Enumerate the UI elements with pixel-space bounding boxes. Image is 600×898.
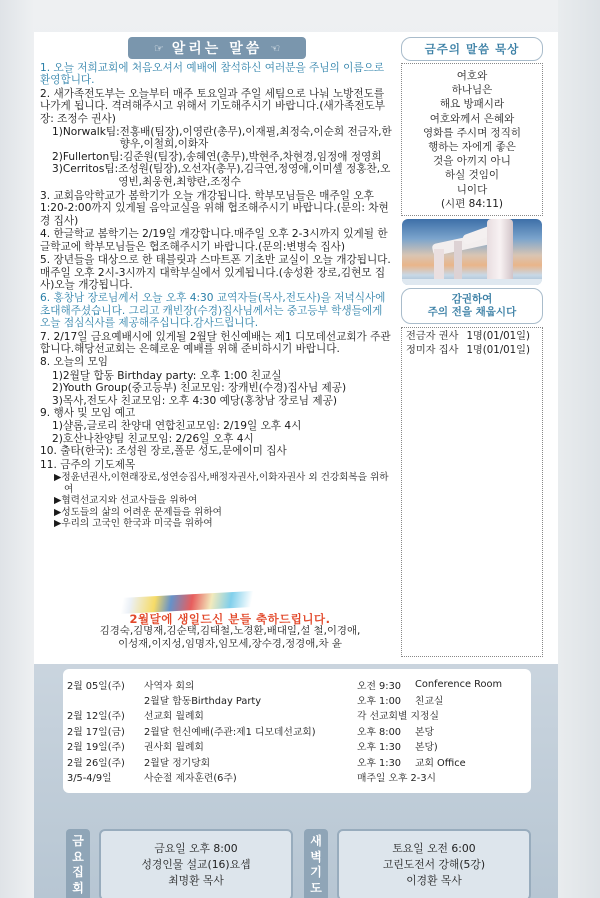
birthday-names-line: 이성재,이지성,임명자,임모세,장수경,정경애,차 윤 bbox=[55, 638, 405, 651]
team-norwalk: 1)Norwalk팀: 전홍배(팀장),이영란(총무),이재필,최정숙,이순희 … bbox=[40, 126, 395, 151]
label-char: 기 bbox=[310, 865, 322, 881]
team-members: 김준원(팀장),송혜연(총무),박현주,차현경,임정애 정영희 bbox=[123, 151, 395, 163]
column-shape bbox=[434, 249, 444, 283]
announcement-8: 8. 오늘의 모임 bbox=[40, 356, 395, 368]
announcements-title: 알리는 말씀 bbox=[172, 38, 263, 58]
donor-count: 1명(01/01일) bbox=[466, 344, 529, 358]
announcement-3: 3. 교회음악학교가 봄학기가 오늘 개강됩니다. 학부모님들은 매주일 오후 … bbox=[40, 190, 395, 227]
announcement-9: 9. 행사 및 모임 예고 bbox=[40, 407, 395, 419]
donation-header-line: 주의 전을 채웁시다 bbox=[402, 306, 542, 319]
prayer-item: ▶우리의 고국인 한국과 미국을 위하여 bbox=[54, 518, 395, 530]
schedule-time: 오후 8:00 bbox=[357, 724, 415, 738]
meeting-today-1: 1)2월달 합동 Birthday party: 오후 1:00 친교실 bbox=[40, 370, 395, 382]
schedule-event: 사순절 제자훈련(6주) bbox=[144, 770, 357, 784]
column-shape bbox=[454, 241, 462, 283]
birthday-names-line: 김경숙,김명재,김순택,김태철,노경환,배대일,설 철,이경애, bbox=[55, 625, 405, 638]
page-margin-right bbox=[558, 0, 600, 898]
announcement-10: 10. 출타(한국): 조성원 장로,폴문 성도,문에이미 집사 bbox=[40, 445, 395, 457]
prayer-item: ▶정윤년권사,이현래장로,성연승집사,배정자권사,이화자권사 외 건강회복을 위… bbox=[54, 472, 395, 495]
schedule-time: 오후 1:30 bbox=[357, 739, 415, 753]
donation-row: 전금자 권사 1명(01/01일) bbox=[406, 330, 538, 344]
schedule-time-row: 오후 8:00본당 bbox=[357, 723, 531, 738]
schedule-place: 친교실 bbox=[415, 693, 531, 707]
friday-meeting-speaker: 최명환 목사 bbox=[101, 873, 291, 889]
verse-line: 영화를 주시며 정직히 bbox=[402, 126, 542, 140]
schedule-place: Conference Room bbox=[415, 679, 531, 690]
prayer-item: ▶성도들의 삶의 어려운 문제들을 위하여 bbox=[54, 507, 395, 519]
announcements-body: 1. 오늘 저희교회에 처음오셔서 예배에 참석하신 여러분을 주님의 이름으로… bbox=[40, 62, 395, 530]
schedule-time: 오후 1:30 bbox=[357, 755, 415, 769]
donation-box: 전금자 권사 1명(01/01일) 정미자 집사 1명(01/01일) bbox=[401, 327, 543, 657]
donor-name: 정미자 집사 bbox=[406, 344, 458, 358]
verse-header: 금주의 말씀 묵상 bbox=[401, 37, 543, 61]
frozen-pier-image bbox=[402, 219, 542, 285]
schedule-times: 오전 9:30Conference Room 오후 1:00친교실 각 선교회별… bbox=[357, 677, 531, 785]
donor-name: 전금자 권사 bbox=[406, 330, 458, 344]
announcement-2: 2. 새가족전도부는 오늘부터 매주 토요일과 주일 세팀으로 나눠 노방전도를… bbox=[40, 88, 395, 125]
schedule-event: 2월달 합동Birthday Party bbox=[144, 693, 357, 707]
announcement-4: 4. 한글학교 봄학기는 2/19일 개강합니다.매주일 오후 2-3시까지 있… bbox=[40, 228, 395, 253]
friday-meeting-time: 금요일 오후 8:00 bbox=[101, 841, 291, 857]
schedule-time-row: 매주일 오후 2-3시 bbox=[357, 769, 531, 784]
schedule-events: 2월 05일(주)사역자 회의 2월달 합동Birthday Party 2월 … bbox=[67, 677, 357, 785]
frozen-tree-shape bbox=[487, 219, 513, 285]
dawn-prayer-time: 토요일 오전 6:00 bbox=[339, 841, 529, 857]
schedule-time-row: 오후 1:30본당) bbox=[357, 739, 531, 754]
label-char: 요 bbox=[72, 850, 84, 866]
label-char: 집 bbox=[72, 865, 84, 881]
label-char: 회 bbox=[72, 881, 84, 897]
team-label: 2)Fullerton팀: bbox=[52, 151, 123, 163]
label-char: 벽 bbox=[310, 850, 322, 866]
friday-meeting-label: 금 요 집 회 bbox=[66, 829, 90, 898]
schedule-time-row: 각 선교회별 지정실 bbox=[357, 708, 531, 723]
verse-line: 하실 것임이 bbox=[402, 168, 542, 182]
donor-count: 1명(01/01일) bbox=[466, 330, 529, 344]
schedule-time: 매주일 오후 2-3시 bbox=[357, 770, 436, 784]
donation-header-line: 감권하여 bbox=[402, 293, 542, 306]
schedule-event: 선교회 월례회 bbox=[144, 708, 357, 722]
schedule-time-row: 오후 1:30교회 Office bbox=[357, 754, 531, 769]
team-members: 조성원(팀장),오선자(총무),김극연,정영애,이미셀 정홍찬,오영빈,최웅현,… bbox=[118, 163, 395, 188]
dawn-prayer-box: 토요일 오전 6:00 고린도전서 강해(5강) 이경환 목사 bbox=[337, 829, 531, 898]
schedule-row: 2월 17일(금)2월달 헌신예배(주관:제1 디모데선교회) bbox=[67, 723, 357, 738]
schedule-box: 2월 05일(주)사역자 회의 2월달 합동Birthday Party 2월 … bbox=[63, 669, 531, 793]
pointing-hand-left-icon: ☜ bbox=[270, 42, 280, 55]
team-members: 전홍배(팀장),이영란(총무),이재필,최정숙,이순희 전금자,한향우,이철희,… bbox=[120, 126, 395, 151]
schedule-event: 2월달 헌신예배(주관:제1 디모데선교회) bbox=[144, 724, 357, 738]
birthday-names: 김경숙,김명재,김순택,김태철,노경환,배대일,설 철,이경애, 이성재,이지성… bbox=[55, 625, 405, 651]
schedule-row: 2월 05일(주)사역자 회의 bbox=[67, 677, 357, 692]
announcement-6: 6. 홍창남 장로님께서 오늘 오후 4:30 교역자들(목사,전도사)을 저녁… bbox=[40, 292, 395, 329]
schedule-time-row: 오전 9:30Conference Room bbox=[357, 677, 531, 692]
schedule-place: 본당 bbox=[415, 724, 531, 738]
friday-meeting-box: 금요일 오후 8:00 성경인물 설교(16)요셉 최명환 목사 bbox=[99, 829, 293, 898]
donation-row: 정미자 집사 1명(01/01일) bbox=[406, 344, 538, 358]
verse-line: 여호와께서 은혜와 bbox=[402, 112, 542, 126]
team-label: 3)Cerritos팀: bbox=[52, 163, 118, 188]
schedule-row: 2월달 합동Birthday Party bbox=[67, 692, 357, 707]
schedule-time: 각 선교회별 지정실 bbox=[357, 708, 439, 722]
schedule-date: 2월 12일(주) bbox=[67, 708, 144, 722]
verse-line: 해요 방패시라 bbox=[402, 97, 542, 111]
prayer-list: ▶정윤년권사,이현래장로,성연승집사,배정자권사,이화자권사 외 건강회복을 위… bbox=[40, 472, 395, 530]
upcoming-event-1: 1)샬롬,글로리 찬양대 연합친교모임: 2/19일 오후 4시 bbox=[40, 420, 395, 432]
dawn-prayer-label: 새 벽 기 도 bbox=[304, 829, 328, 898]
schedule-date: 2월 05일(주) bbox=[67, 678, 144, 692]
schedule-date: 2월 19일(주) bbox=[67, 739, 144, 753]
verse-box: 여호와 하나님은 해요 방패시라 여호와께서 은혜와 영화를 주시며 정직히 행… bbox=[401, 63, 543, 216]
verse-reference: (시편 84:11) bbox=[402, 197, 542, 211]
label-char: 도 bbox=[310, 881, 322, 897]
label-char: 금 bbox=[72, 834, 84, 850]
pointing-hand-right-icon: ☞ bbox=[154, 42, 164, 55]
announcement-7: 7. 2/17일 금요예배시에 있게될 2월달 헌신예배는 제1 디모데선교회가… bbox=[40, 331, 395, 356]
announcement-5: 5. 장년들을 대상으로 한 태블릿과 스마트폰 기초반 교실이 오늘 개강됩니… bbox=[40, 254, 395, 291]
schedule-time: 오전 9:30 bbox=[357, 678, 415, 692]
donation-header: 감권하여 주의 전을 채웁시다 bbox=[401, 288, 543, 324]
schedule-place: 본당) bbox=[415, 739, 531, 753]
announcement-1: 1. 오늘 저희교회에 처음오셔서 예배에 참석하신 여러분을 주님의 이름으로… bbox=[40, 62, 395, 87]
schedule-row: 2월 12일(주)선교회 월례회 bbox=[67, 708, 357, 723]
page-margin-left bbox=[0, 0, 34, 898]
schedule-event: 2월달 정기당회 bbox=[144, 755, 357, 769]
schedule-event: 권사회 월례회 bbox=[144, 739, 357, 753]
schedule-place: 교회 Office bbox=[415, 755, 531, 769]
team-label: 1)Norwalk팀: bbox=[52, 126, 120, 151]
meeting-today-2: 2)Youth Group(중고등부) 친교모임: 장캐빈(수경)집사님 제공) bbox=[40, 382, 395, 394]
schedule-time-row: 오후 1:00친교실 bbox=[357, 692, 531, 707]
prayer-item: ▶협력선교지와 선교사들을 위하여 bbox=[54, 495, 395, 507]
schedule-event: 사역자 회의 bbox=[144, 678, 357, 692]
schedule-row: 2월 26일(주)2월달 정기당회 bbox=[67, 754, 357, 769]
verse-line: 여호와 bbox=[402, 69, 542, 83]
verse-line: 니이다 bbox=[402, 183, 542, 197]
team-cerritos: 3)Cerritos팀: 조성원(팀장),오선자(총무),김극연,정영애,이미셀… bbox=[40, 163, 395, 188]
schedule-date: 2월 26일(주) bbox=[67, 755, 144, 769]
announcements-header: ☞ 알리는 말씀 ☜ bbox=[128, 37, 306, 59]
schedule-row: 3/5-4/9일사순절 제자훈련(6주) bbox=[67, 769, 357, 784]
friday-meeting-topic: 성경인물 설교(16)요셉 bbox=[101, 857, 291, 873]
announcement-11: 11. 금주의 기도제목 bbox=[40, 459, 395, 471]
ground-shape bbox=[402, 279, 542, 285]
schedule-row: 2월 19일(주)권사회 월례회 bbox=[67, 739, 357, 754]
team-fullerton: 2)Fullerton팀: 김준원(팀장),송혜연(총무),박현주,차현경,임정… bbox=[40, 151, 395, 163]
verse-line: 하나님은 bbox=[402, 83, 542, 97]
verse-line: 것을 아끼지 아니 bbox=[402, 154, 542, 168]
upcoming-event-2: 2)호산나찬양팀 친교모임: 2/26일 오후 4시 bbox=[40, 433, 395, 445]
dawn-prayer-speaker: 이경환 목사 bbox=[339, 873, 529, 889]
verse-line: 행하는 자에게 좋은 bbox=[402, 140, 542, 154]
schedule-date: 3/5-4/9일 bbox=[67, 770, 144, 784]
label-char: 새 bbox=[310, 834, 322, 850]
meeting-today-3: 3)목사,전도사 친교모임: 오후 4:30 예당(홍창남 장로님 제공) bbox=[40, 395, 395, 407]
schedule-date: 2월 17일(금) bbox=[67, 724, 144, 738]
dawn-prayer-topic: 고린도전서 강해(5강) bbox=[339, 857, 529, 873]
schedule-time: 오후 1:00 bbox=[357, 693, 415, 707]
